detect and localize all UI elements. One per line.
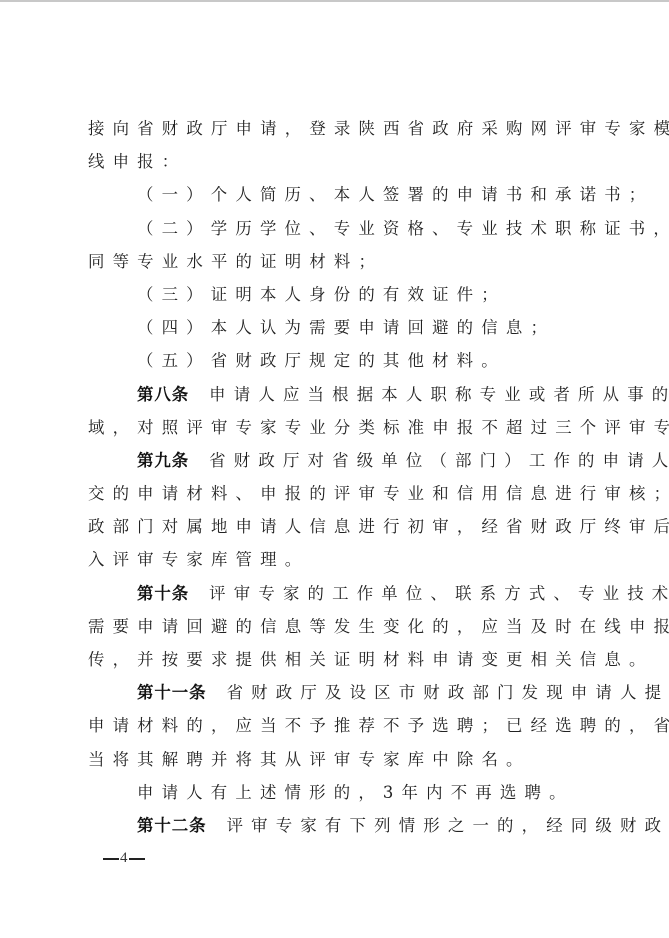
article-heading: 第十二条 bbox=[137, 816, 207, 835]
text-line: 需要申请回避的信息等发生变化的，应当及时在线申报更改上 bbox=[88, 610, 588, 643]
text-line: 传，并按要求提供相关证明材料申请变更相关信息。 bbox=[88, 643, 588, 676]
article-heading: 第九条 bbox=[137, 451, 189, 470]
article-heading: 第八条 bbox=[137, 385, 189, 404]
document-body: 接向省财政厅申请，登录陕西省政府采购网评审专家模块进行在 线申报： （一）个人简… bbox=[88, 112, 588, 842]
dash-left bbox=[103, 858, 119, 860]
page-top-border bbox=[0, 0, 669, 2]
list-item: （三）证明本人身份的有效证件； bbox=[88, 278, 588, 311]
article-heading: 第十条 bbox=[137, 584, 189, 603]
article-12: 第十二条评审专家有下列情形之一的，经同级财政部门确 bbox=[88, 809, 588, 842]
article-heading: 第十一条 bbox=[137, 683, 207, 702]
text-line: 入评审专家库管理。 bbox=[88, 543, 588, 576]
page-number-value: 4 bbox=[119, 850, 129, 867]
list-item: （二）学历学位、专业资格、专业技术职称证书，或者具有 bbox=[88, 212, 588, 245]
article-9: 第九条省财政厅对省级单位（部门）工作的申请人在线提 bbox=[88, 444, 588, 477]
list-item: （五）省财政厅规定的其他材料。 bbox=[88, 344, 588, 377]
text-line: 当将其解聘并将其从评审专家库中除名。 bbox=[88, 743, 588, 776]
article-11: 第十一条省财政厅及设区市财政部门发现申请人提供虚假 bbox=[88, 676, 588, 709]
text-line: 政部门对属地申请人信息进行初审，经省财政厅终审后，一并纳 bbox=[88, 510, 588, 543]
list-item: （四）本人认为需要申请回避的信息； bbox=[88, 311, 588, 344]
article-8: 第八条申请人应当根据本人职称专业或者所从事的工作领 bbox=[88, 378, 588, 411]
text-line: 同等专业水平的证明材料； bbox=[88, 245, 588, 278]
page-number: 4 bbox=[103, 850, 145, 867]
text-line: 申请人有上述情形的，3年内不再选聘。 bbox=[88, 776, 588, 809]
text-line: 线申报： bbox=[88, 145, 588, 178]
text-line: 域，对照评审专家专业分类标准申报不超过三个评审专业。 bbox=[88, 411, 588, 444]
article-10: 第十条评审专家的工作单位、联系方式、专业技术职称、 bbox=[88, 577, 588, 610]
list-item: （一）个人简历、本人签署的申请书和承诺书； bbox=[88, 178, 588, 211]
text-line: 交的申请材料、申报的评审专业和信用信息进行审核；设区市财 bbox=[88, 477, 588, 510]
text-line: 接向省财政厅申请，登录陕西省政府采购网评审专家模块进行在 bbox=[88, 112, 588, 145]
text-line: 申请材料的，应当不予推荐不予选聘；已经选聘的，省财政厅应 bbox=[88, 709, 588, 742]
dash-right bbox=[129, 858, 145, 860]
